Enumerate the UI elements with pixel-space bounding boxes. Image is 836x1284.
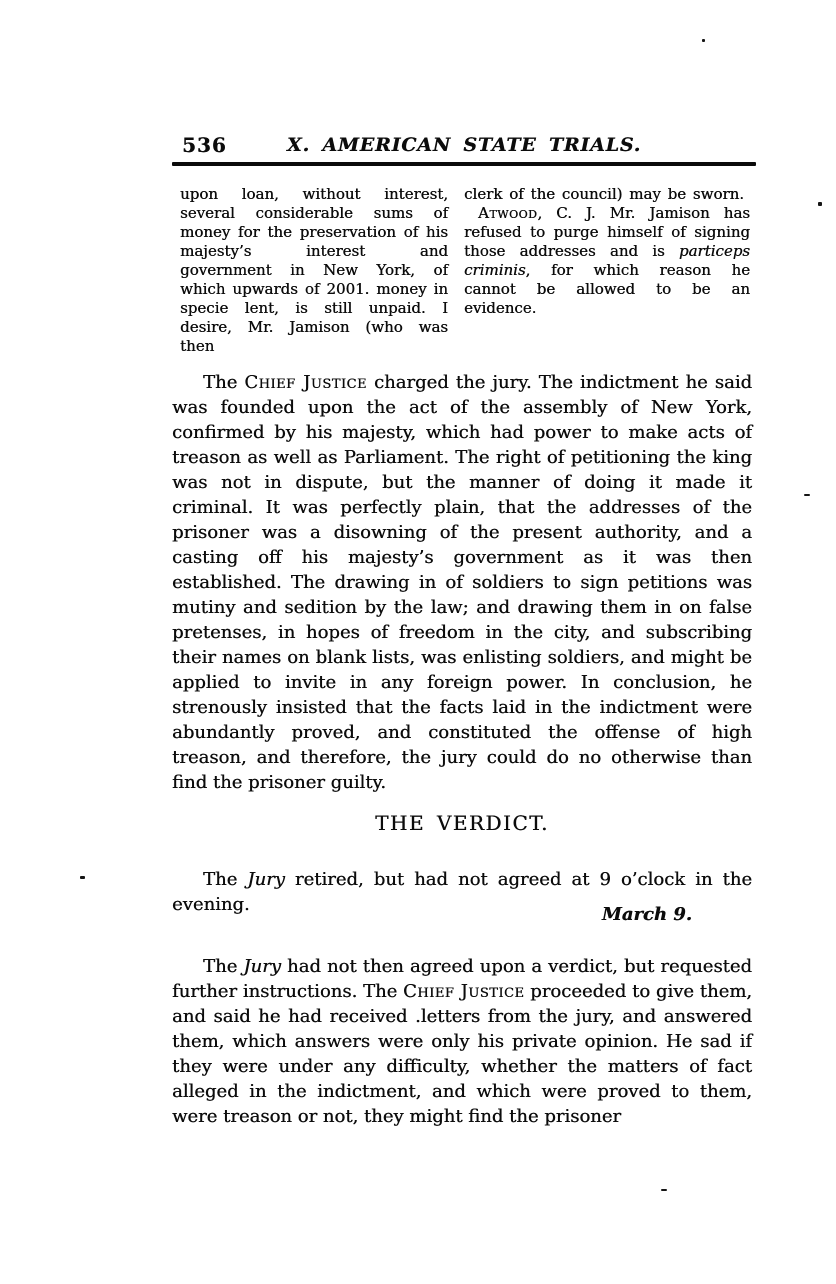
ink-speck: [702, 39, 705, 42]
testimony-right-text-1: clerk of the council) may be sworn.: [464, 185, 744, 203]
testimony-left-column: upon loan, without interest, several con…: [180, 185, 448, 356]
ink-speck: [818, 202, 822, 206]
testimony-right-column: clerk of the council) may be sworn. Atwo…: [464, 185, 750, 356]
verdict2-text-body: proceeded to give them, and said he had …: [172, 981, 752, 1127]
verdict2-text-lead: The: [203, 956, 243, 977]
verdict1-text-lead: The: [203, 869, 247, 890]
ink-speck: [804, 494, 810, 496]
date-line: March 9.: [172, 904, 752, 925]
testimony-columns: upon loan, without interest, several con…: [180, 185, 750, 356]
testimony-right-paragraph-1: clerk of the council) may be sworn.: [464, 185, 750, 204]
jury-italic-1: Jury: [247, 869, 285, 890]
chief-justice-smallcaps: Chief Justice: [244, 372, 367, 393]
testimony-left-text: upon loan, without interest, several con…: [180, 185, 448, 355]
ink-speck: [80, 876, 85, 879]
speaker-name-atwood: Atwood: [478, 204, 537, 222]
book-page: 536 X. AMERICAN STATE TRIALS. upon loan,…: [0, 0, 836, 1284]
chief-justice-smallcaps-2: Chief Justice: [403, 981, 524, 1002]
verdict-paragraph-2: The Jury had not then agreed upon a verd…: [172, 954, 752, 1129]
header-rule: [172, 162, 756, 166]
page-header: 536 X. AMERICAN STATE TRIALS.: [172, 133, 756, 159]
testimony-right-paragraph-2: Atwood, C. J. Mr. Jamison has refused to…: [464, 204, 750, 318]
running-title: X. AMERICAN STATE TRIALS.: [172, 134, 756, 156]
charge-text-body: charged the jury. The indictment he said…: [172, 372, 752, 793]
jury-italic-2: Jury: [243, 956, 281, 977]
charge-paragraph: The Chief Justice charged the jury. The …: [172, 370, 752, 795]
ink-speck: [661, 1189, 667, 1191]
verdict-section-heading: THE VERDICT.: [172, 811, 752, 835]
charge-text-lead: The: [203, 372, 244, 393]
